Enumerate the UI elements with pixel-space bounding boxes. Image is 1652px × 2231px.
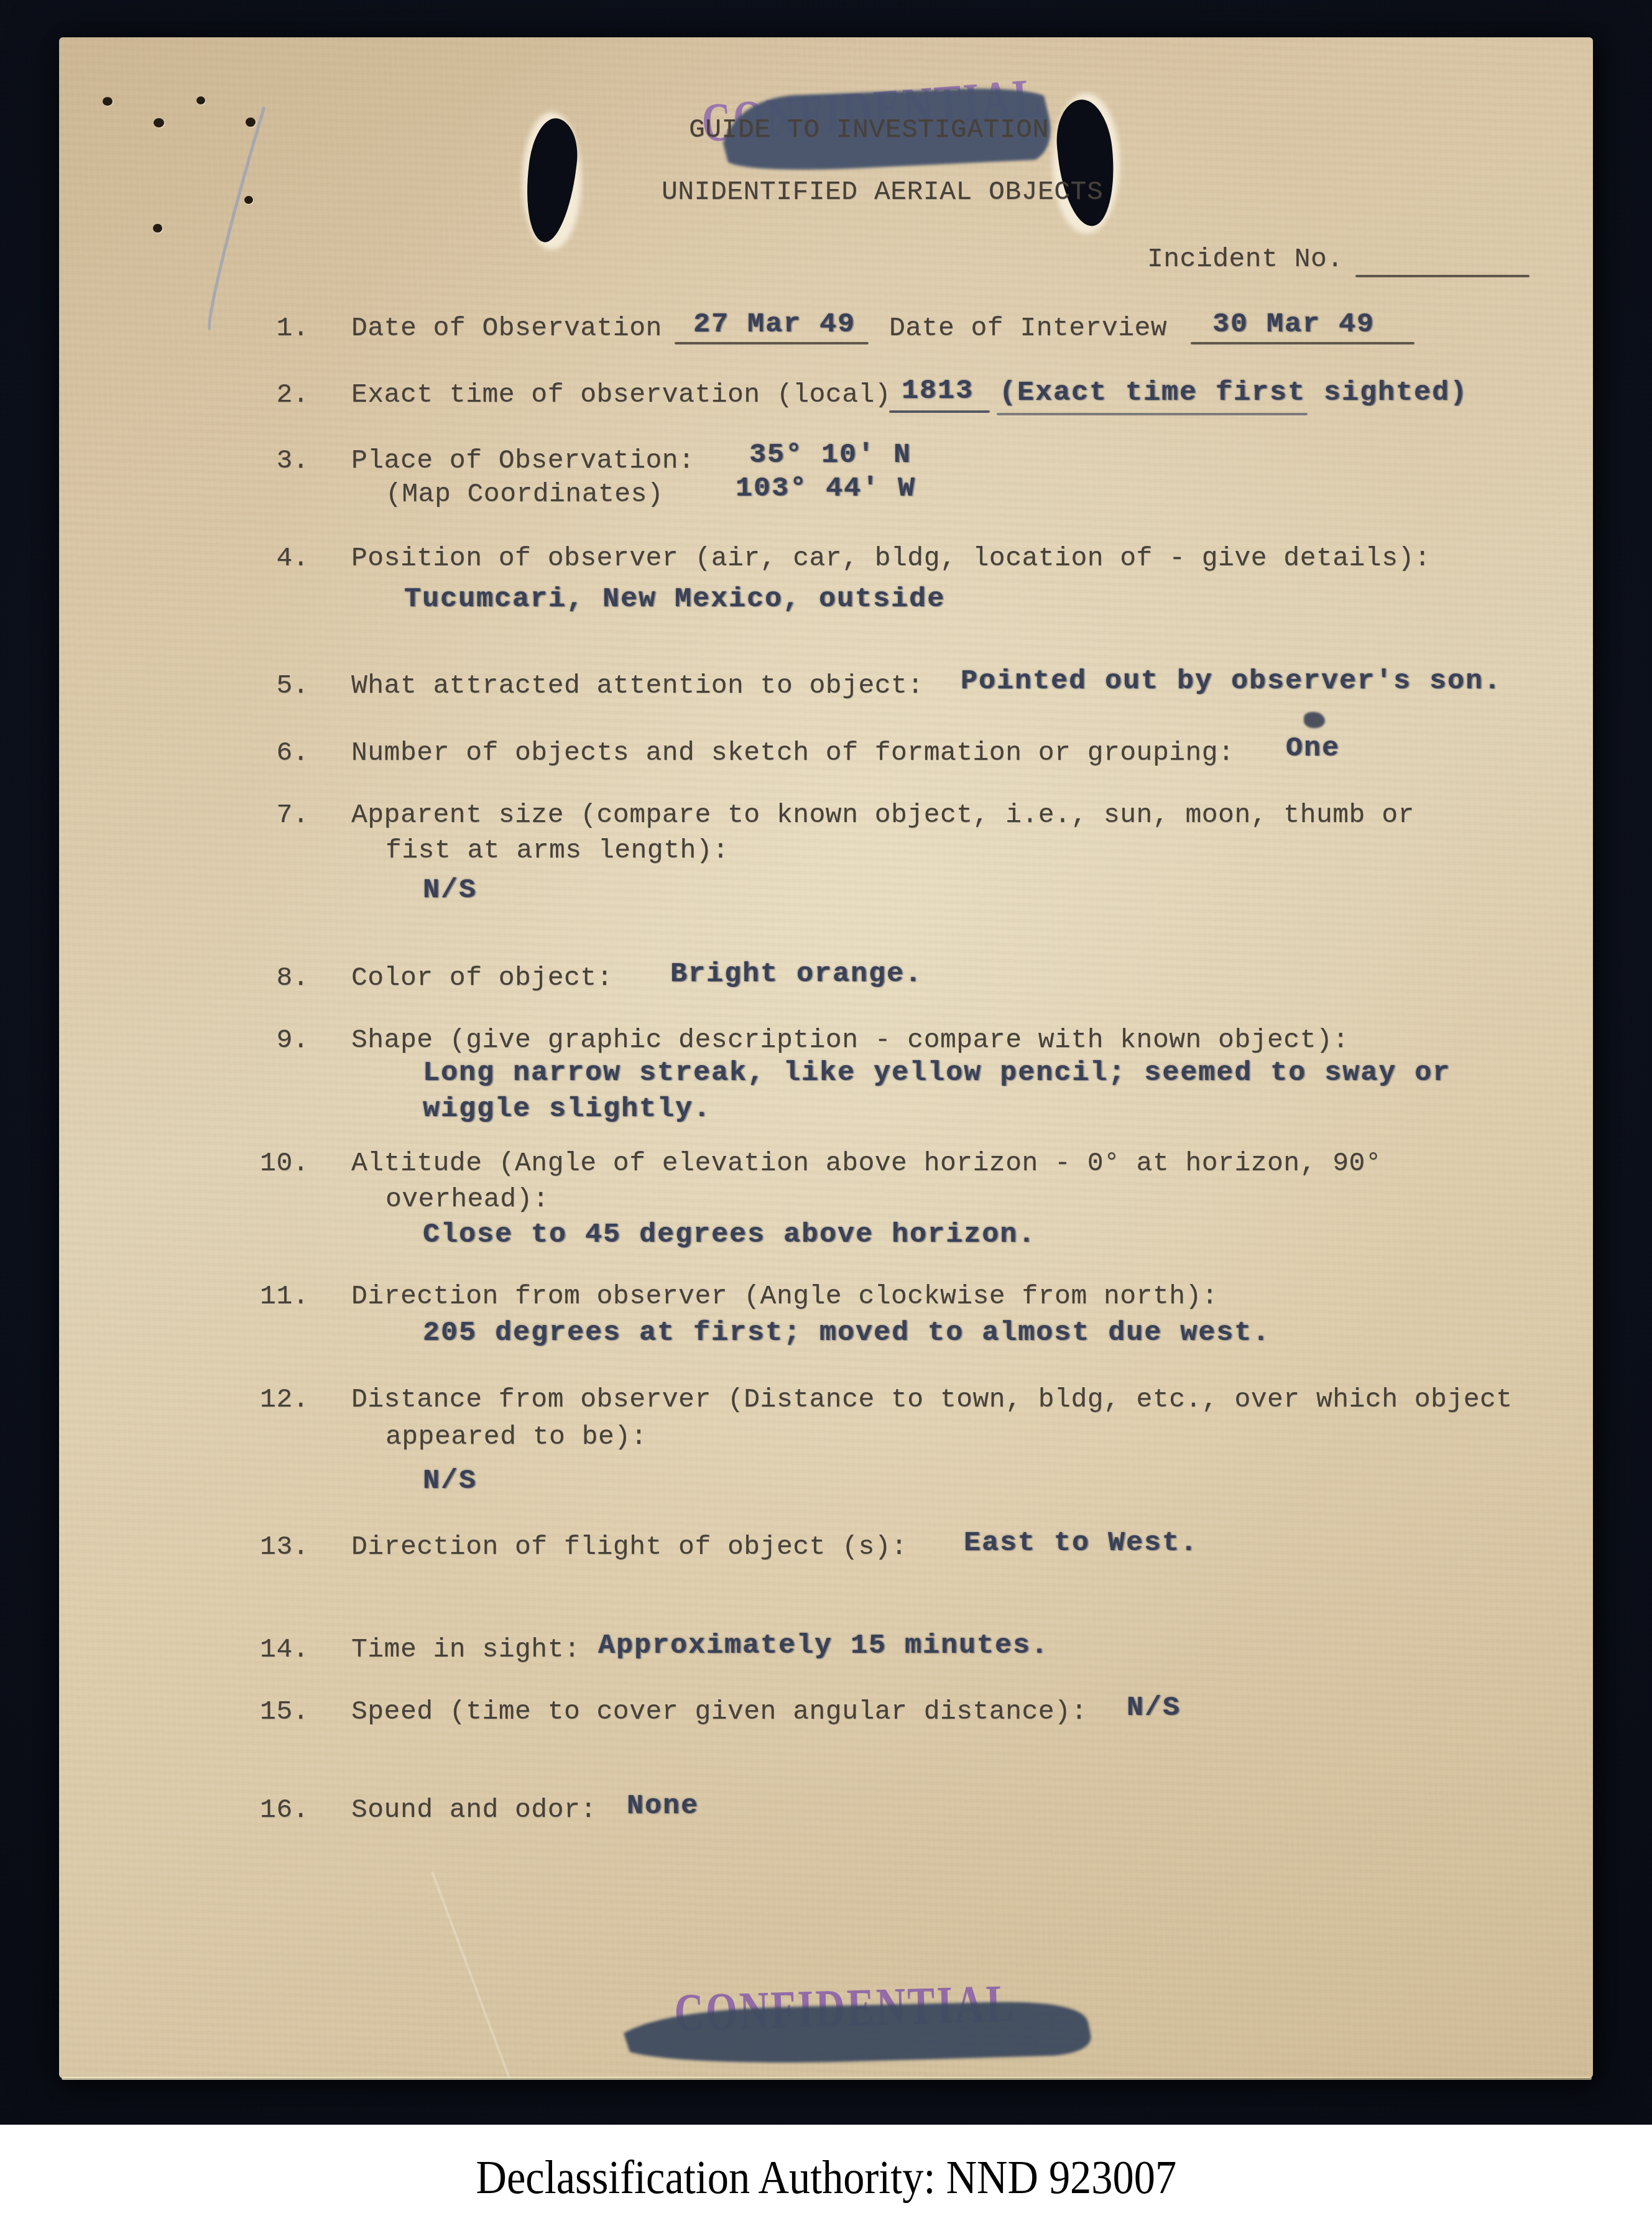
staple-hole (246, 118, 256, 127)
item-number: 11. (234, 1282, 309, 1310)
item-answer: 30 Mar 49 (1212, 310, 1375, 339)
item-label: Distance from observer (Distance to town… (351, 1385, 1513, 1413)
staple-hole (153, 224, 162, 233)
form-title-line1: GUIDE TO INVESTIGATION (689, 116, 1049, 144)
item-number: 4. (234, 544, 309, 572)
scanned-document-page: { "header": { "classification_stamp": "C… (0, 0, 1652, 2231)
declassification-text: Declassification Authority: NND 923007 (476, 2151, 1176, 2205)
item-label-line2: overhead): (385, 1185, 549, 1213)
staple-hole (103, 97, 113, 106)
item-number: 2. (234, 381, 309, 409)
item-label: Direction from observer (Angle clockwise… (351, 1282, 1218, 1310)
item-label: Direction of flight of object (s): (351, 1533, 907, 1561)
typed-correction-mark (1304, 712, 1325, 728)
item-number: 14. (234, 1635, 309, 1663)
item-label: Time in sight: (351, 1635, 580, 1663)
answer-underline (675, 342, 869, 344)
item-label: Altitude (Angle of elevation above horiz… (351, 1149, 1382, 1177)
form-title-line2: UNIDENTIFIED AERIAL OBJECTS (662, 178, 1103, 206)
item-answer: N/S (1127, 1693, 1181, 1722)
staple-hole (196, 96, 205, 104)
item-answer: Tucumcari, New Mexico, outside (404, 584, 945, 614)
item-label: Position of observer (air, car, bldg, lo… (351, 544, 1431, 572)
answer-underline (1191, 342, 1414, 344)
staple-hole (244, 196, 253, 204)
item-answer: Close to 45 degrees above horizon. (423, 1220, 1036, 1249)
item-label: Shape (give graphic description - compar… (351, 1026, 1349, 1054)
item-number: 9. (234, 1026, 309, 1054)
item-label: What attracted attention to object: (351, 672, 924, 700)
answer-underline (889, 410, 990, 413)
item-label-line2: (Map Coordinates) (385, 480, 663, 508)
item-answer-note: (Exact time first sighted) (999, 378, 1468, 407)
blue-pencil-mark (210, 107, 264, 330)
item-number: 6. (234, 739, 309, 767)
staple-hole (154, 118, 164, 127)
item-answer: 35° 10' N (749, 440, 911, 469)
item-answer: East to West. (964, 1528, 1198, 1558)
item-number: 12. (234, 1385, 309, 1413)
item-number: 7. (234, 801, 309, 829)
item-label-line2: appeared to be): (385, 1423, 647, 1451)
item-number: 3. (234, 446, 309, 474)
item-number: 1. (234, 314, 309, 342)
answer-underline (997, 413, 1308, 415)
item-label: Speed (time to cover given angular dista… (351, 1697, 1087, 1725)
item-answer-line1: Long narrow streak, like yellow pencil; … (423, 1058, 1451, 1088)
item-label: Sound and odor: (351, 1796, 597, 1824)
item-label: Place of Observation: (351, 446, 694, 474)
item-answer: N/S (423, 875, 477, 905)
confidential-stamp-bottom: CONFIDENTIAL (673, 1973, 1016, 2044)
item-number: 16. (234, 1796, 309, 1824)
item-label: Exact time of observation (local) (351, 381, 891, 409)
item-answer: Bright orange. (670, 959, 923, 989)
item-number: 5. (234, 672, 309, 700)
item-label-line2: fist at arms length): (385, 836, 729, 864)
item-label: Date of Interview (889, 314, 1167, 342)
declassification-banner: Declassification Authority: NND 923007 (0, 2125, 1652, 2231)
item-answer: 1813 (902, 376, 974, 405)
item-label: Color of object: (351, 964, 613, 992)
item-answer: Approximately 15 minutes. (598, 1631, 1049, 1660)
item-number: 8. (234, 964, 309, 992)
item-answer-line2: wiggle slightly. (423, 1094, 711, 1124)
item-answer: One (1286, 734, 1340, 763)
item-label: Number of objects and sketch of formatio… (351, 739, 1234, 767)
incident-no-label: Incident No. (1147, 245, 1344, 273)
item-number: 15. (234, 1697, 309, 1725)
item-answer: N/S (423, 1466, 477, 1495)
item-answer: Pointed out by observer's son. (961, 667, 1502, 696)
item-number: 13. (234, 1533, 309, 1561)
item-answer: 205 degrees at first; moved to almost du… (423, 1318, 1270, 1347)
item-answer: 103° 44' W (736, 474, 916, 503)
form-page: CONFIDENTIAL CONFIDENTIAL GUIDE TO INVES… (59, 37, 1593, 2078)
item-number: 10. (234, 1149, 309, 1177)
item-label: Apparent size (compare to known object, … (351, 801, 1414, 829)
item-answer: 27 Mar 49 (693, 310, 856, 339)
item-answer: None (627, 1791, 699, 1821)
incident-no-blank (1355, 275, 1530, 277)
item-label: Date of Observation (351, 314, 662, 342)
scratch-mark (432, 1872, 520, 2078)
